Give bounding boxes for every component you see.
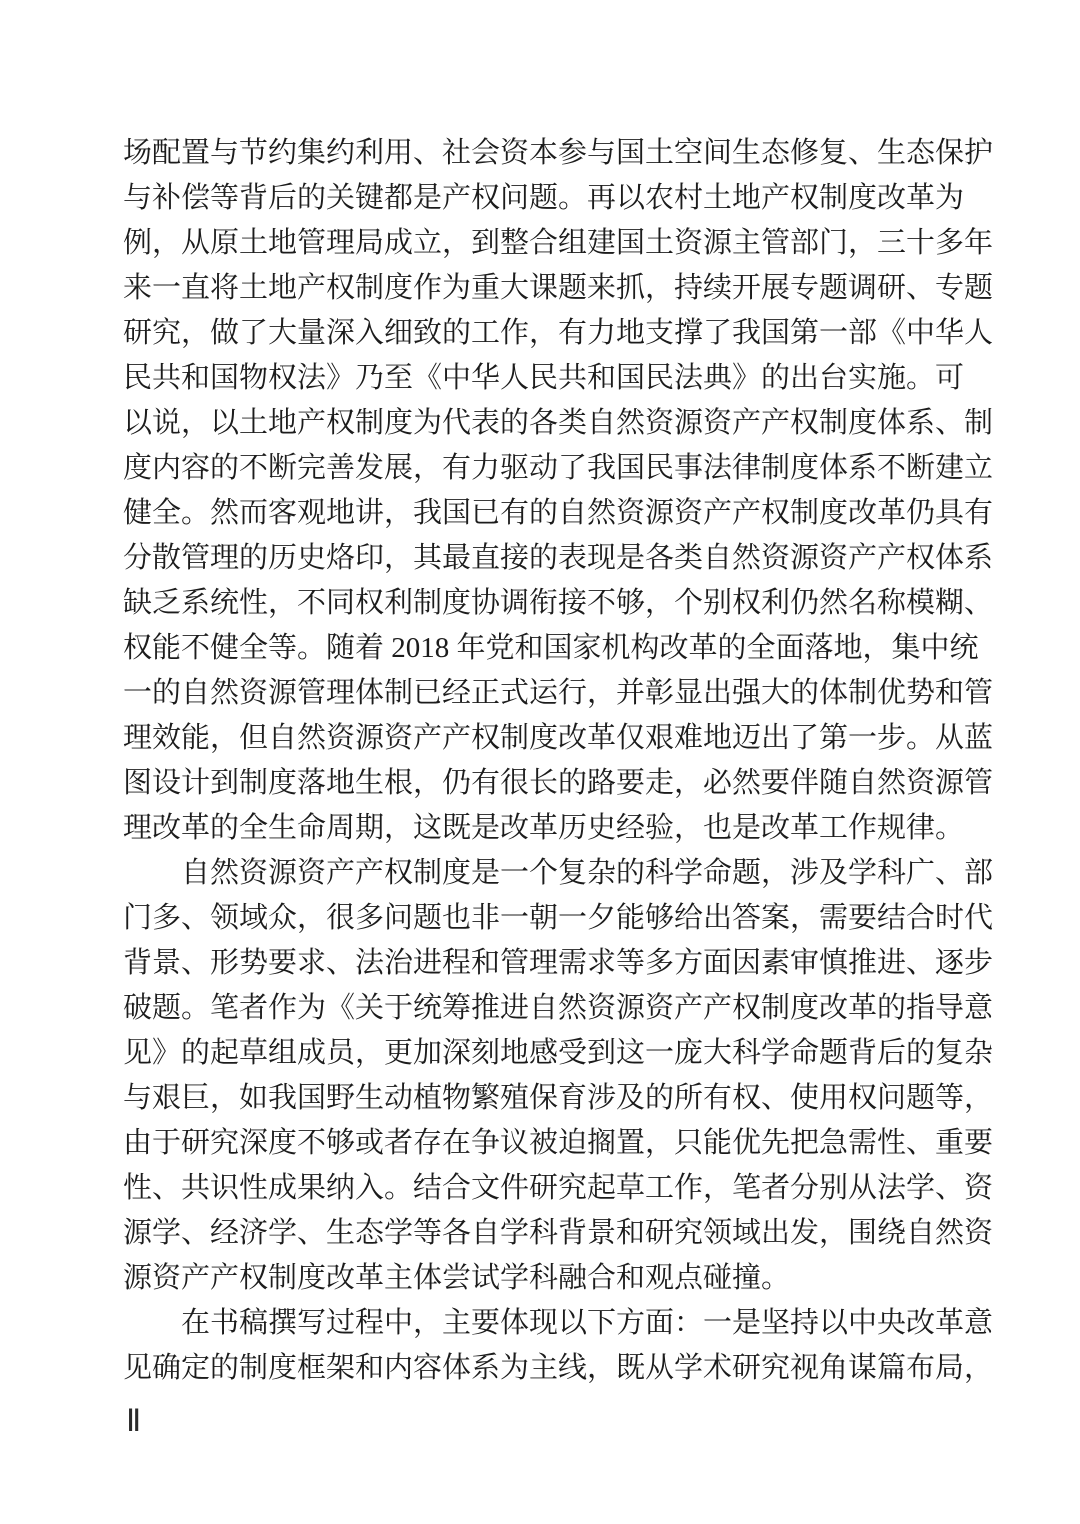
text-line: 在书稿撰写过程中，主要体现以下方面：一是坚持以中央改革意 bbox=[123, 1301, 956, 1346]
text-line: 例，从原土地管理局成立，到整合组建国土资源主管部门，三十多年 bbox=[123, 221, 956, 266]
text-line: 由于研究深度不够或者存在争议被迫搁置，只能优先把急需性、重要 bbox=[123, 1121, 956, 1166]
text-line: 见》的起草组成员，更加深刻地感受到这一庞大科学命题背后的复杂 bbox=[123, 1031, 956, 1076]
text-line: 民共和国物权法》乃至《中华人民共和国民法典》的出台实施。可 bbox=[123, 356, 956, 401]
text-line: 见确定的制度框架和内容体系为主线，既从学术研究视角谋篇布局， bbox=[123, 1346, 956, 1391]
text-line: 与补偿等背后的关键都是产权问题。再以农村土地产权制度改革为 bbox=[123, 176, 956, 221]
text-line: 门多、领域众，很多问题也非一朝一夕能够给出答案，需要结合时代 bbox=[123, 896, 956, 941]
text-line: 度内容的不断完善发展，有力驱动了我国民事法律制度体系不断建立 bbox=[123, 446, 956, 491]
text-line: 破题。笔者作为《关于统筹推进自然资源资产产权制度改革的指导意 bbox=[123, 986, 956, 1031]
text-line: 以说，以土地产权制度为代表的各类自然资源资产产权制度体系、制 bbox=[123, 401, 956, 446]
text-line: 自然资源资产产权制度是一个复杂的科学命题，涉及学科广、部 bbox=[123, 851, 956, 896]
text-line: 权能不健全等。随着 2018 年党和国家机构改革的全面落地，集中统 bbox=[123, 626, 956, 671]
text-line: 场配置与节约集约利用、社会资本参与国土空间生态修复、生态保护 bbox=[123, 131, 956, 176]
text-line: 性、共识性成果纳入。结合文件研究起草工作，笔者分别从法学、资 bbox=[123, 1166, 956, 1211]
text-line: 理改革的全生命周期，这既是改革历史经验，也是改革工作规律。 bbox=[123, 806, 956, 851]
text-line: 与艰巨，如我国野生动植物繁殖保育涉及的所有权、使用权问题等， bbox=[123, 1076, 956, 1121]
text-line: 理效能，但自然资源资产产权制度改革仅艰难地迈出了第一步。从蓝 bbox=[123, 716, 956, 761]
text-line: 健全。然而客观地讲，我国已有的自然资源资产产权制度改革仍具有 bbox=[123, 491, 956, 536]
text-line: 研究，做了大量深入细致的工作，有力地支撑了我国第一部《中华人 bbox=[123, 311, 956, 356]
document-page: 场配置与节约集约利用、社会资本参与国土空间生态修复、生态保护与补偿等背后的关键都… bbox=[0, 0, 1080, 1524]
text-line: 分散管理的历史烙印，其最直接的表现是各类自然资源资产产权体系 bbox=[123, 536, 956, 581]
text-line: 源资产产权制度改革主体尝试学科融合和观点碰撞。 bbox=[123, 1256, 956, 1301]
text-line: 缺乏系统性，不同权利制度协调衔接不够，个别权利仍然名称模糊、 bbox=[123, 581, 956, 626]
text-line: 图设计到制度落地生根，仍有很长的路要走，必然要伴随自然资源管 bbox=[123, 761, 956, 806]
text-line: 来一直将土地产权制度作为重大课题来抓，持续开展专题调研、专题 bbox=[123, 266, 956, 311]
text-block: 场配置与节约集约利用、社会资本参与国土空间生态修复、生态保护与补偿等背后的关键都… bbox=[123, 131, 956, 1391]
text-line: 一的自然资源管理体制已经正式运行，并彰显出强大的体制优势和管 bbox=[123, 671, 956, 716]
text-line: 背景、形势要求、法治进程和管理需求等多方面因素审慎推进、逐步 bbox=[123, 941, 956, 986]
page-number: Ⅱ bbox=[126, 1403, 141, 1439]
text-line: 源学、经济学、生态学等各自学科背景和研究领域出发，围绕自然资 bbox=[123, 1211, 956, 1256]
